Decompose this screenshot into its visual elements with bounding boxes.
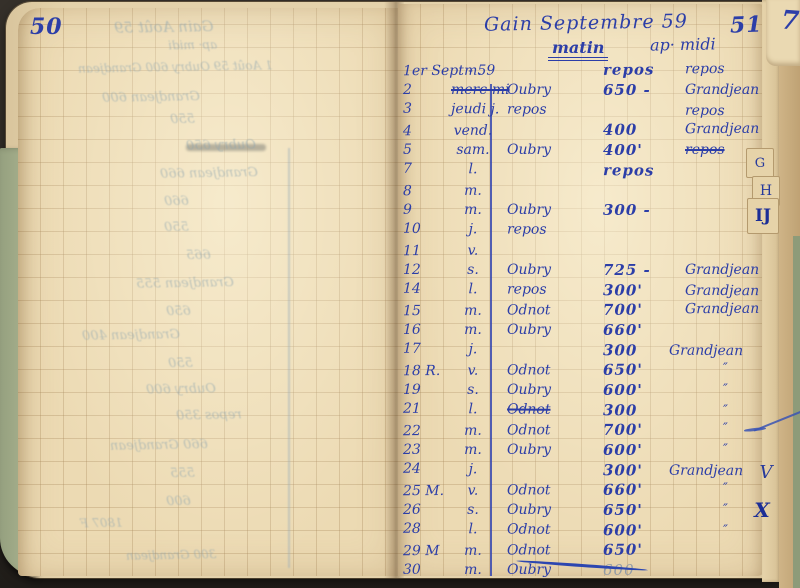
cell-amount-matin — [597, 179, 679, 200]
cell-name — [495, 159, 597, 180]
ledger-row: 21l.Odnot300″ — [398, 399, 764, 422]
cell-day: jeudi j. — [451, 99, 495, 119]
cell-amount-matin: 650' — [597, 539, 679, 560]
cell-amount-matin: 300 - — [597, 200, 679, 220]
cell-day: m. — [451, 301, 495, 321]
ledger-row: 15m.Odnot700'Grandjean — [398, 299, 764, 322]
cell-date: 11 — [398, 241, 451, 261]
cell-day: sam. — [451, 140, 495, 160]
cell-day: v. — [451, 361, 495, 381]
cell-date: 18 R. — [398, 361, 451, 381]
cell-date: 29 M — [398, 541, 451, 561]
cell-name: repos — [495, 99, 597, 120]
index-tab-x: X — [748, 492, 776, 528]
bleedthrough-line: Grandjean 600 — [102, 89, 200, 106]
notebook-photo: 50 Gain Août 59ap· midi1 Août 59 Oubry 6… — [0, 0, 800, 588]
ledger-row: 1er Sept - 59m.reposrepos — [398, 59, 764, 82]
cell-name: Oubry — [495, 140, 597, 160]
ledger-row: 3jeudi j.reposrepos — [398, 99, 764, 122]
cell-date: 30 — [398, 560, 451, 580]
cell-amount-matin: 600' — [597, 440, 679, 460]
cell-date: 17 — [398, 339, 451, 359]
bleedthrough-line: 1 Août 59 Oubry 600 Grandjean — [78, 58, 273, 75]
cell-amount-matin: 300 — [597, 400, 679, 421]
left-page: 50 Gain Août 59ap· midi1 Août 59 Oubry 6… — [18, 8, 398, 576]
cell-amount-matin: 660' — [597, 479, 679, 500]
cell-date: 26 — [398, 500, 451, 520]
cell-amount-matin: 650 - — [597, 80, 679, 100]
cell-name: Odnot — [495, 480, 597, 501]
cell-date: 21 — [398, 399, 451, 419]
cell-amount-matin: repos — [597, 160, 679, 181]
ledger-row: 17j.300Grandjean — [398, 339, 764, 362]
right-page-number: 51 — [730, 11, 764, 38]
cell-name: Odnot — [495, 399, 597, 420]
cell-name: Oubry — [495, 380, 597, 400]
cell-day: j. — [451, 459, 495, 479]
cell-name — [495, 240, 597, 261]
cell-name: Oubry — [495, 80, 597, 100]
cell-name: Odnot — [495, 300, 597, 321]
cell-name: Odnot — [495, 540, 597, 561]
cell-day: m. — [451, 421, 495, 441]
page-title: Gain Septembre 59 — [484, 10, 688, 36]
ledger-row: 14l.repos300'Grandjean — [398, 279, 764, 302]
cell-name: Odnot — [495, 519, 597, 540]
cell-amount-matin: 700' — [597, 299, 679, 320]
cell-day: v. — [451, 241, 495, 261]
cell-day: s. — [451, 380, 495, 400]
column-header-matin: matin — [548, 38, 608, 61]
cell-name: Oubry — [495, 440, 597, 460]
ledger-row: 22m.Odnot700'″ — [398, 419, 764, 442]
ledger-row: 11v. — [398, 239, 764, 262]
cell-day: s. — [451, 500, 495, 520]
cell-name: Oubry — [495, 500, 597, 520]
cell-date: 23 — [398, 440, 451, 460]
bleedthrough-rule — [288, 148, 290, 568]
cell-amount-matin: 650' — [597, 359, 679, 380]
bleedthrough-line: ap· midi — [168, 38, 217, 53]
cell-apres-midi: Grandjean — [679, 80, 764, 100]
cell-day: m. — [451, 560, 495, 580]
ledger-row: 23m.Oubry600'″ — [398, 440, 764, 460]
cell-name — [495, 120, 597, 141]
cell-amount-matin: 600' — [597, 380, 679, 400]
ledger-row: 26s.Oubry650'″ — [398, 500, 764, 520]
bleedthrough-line: Gain Août 59 — [114, 17, 214, 37]
cell-amount-matin: 400' — [597, 140, 679, 160]
cell-day: s. — [451, 260, 495, 280]
cell-name — [495, 180, 597, 201]
bleedthrough-line: 665 — [186, 248, 211, 263]
right-page: Gain Septembre 59 51 matin ap· midi 1er … — [398, 4, 764, 576]
cell-date: 25 M. — [398, 481, 451, 501]
cell-apres-midi: ″ — [679, 440, 764, 460]
ledger-row: 12s.Oubry725 -Grandjean — [398, 260, 764, 280]
cell-date: 8 — [398, 181, 451, 201]
cell-apres-midi: ″ — [679, 359, 764, 380]
cell-name: Oubry — [495, 320, 597, 340]
ledger-row: 2merc-miOubry650 -Grandjean — [398, 80, 764, 100]
cell-amount-matin: 400 — [597, 119, 679, 140]
cell-amount-matin — [597, 220, 679, 241]
ledger-row: 8m. — [398, 179, 764, 202]
cell-day: l. — [451, 519, 495, 539]
cell-date: 10 — [398, 219, 451, 239]
cell-date: 22 — [398, 421, 451, 441]
entries: 1er Sept - 59m.reposrepos2merc-miOubry65… — [398, 60, 764, 580]
ledger-row: 19s.Oubry600'″ — [398, 380, 764, 400]
ledger-row: 10j.repos — [398, 219, 764, 242]
cell-apres-midi: ″ — [679, 380, 764, 400]
ledger-row: 4vend.400Grandjean — [398, 119, 764, 142]
cell-apres-midi: Grandjean — [679, 299, 764, 320]
cell-date: 14 — [398, 279, 451, 299]
ledger-row: 29 Mm.Odnot650' — [398, 539, 764, 562]
cell-name — [495, 339, 597, 360]
ledger-row: 28l.Odnot600'″ — [398, 519, 764, 542]
bleedthrough-line: 600 — [166, 494, 191, 509]
cell-apres-midi — [679, 560, 764, 580]
bleedthrough-line: 550 — [164, 220, 189, 235]
cell-date: 28 — [398, 519, 451, 539]
column-header-apmidi: ap· midi — [650, 34, 716, 54]
cell-day: m. — [451, 440, 495, 460]
cell-apres-midi: repos — [679, 59, 764, 80]
cell-amount-matin: 660' — [597, 320, 679, 340]
cell-day: merc-mi — [451, 80, 495, 100]
bleedthrough-line: 550 — [168, 356, 193, 371]
bleedthrough-line: Grandjean 660 — [160, 165, 258, 182]
bleedthrough-line: 555 — [170, 466, 195, 481]
cell-apres-midi — [679, 320, 764, 340]
ledger-row: 16m.Oubry660' — [398, 320, 764, 340]
cell-name: repos — [495, 279, 597, 300]
ledger-row: 7l.repos — [398, 159, 764, 182]
bleedthrough-line: Grandjean 400 — [82, 327, 180, 344]
cell-date: 1er Sept - 59 — [398, 61, 451, 81]
bleedthrough-line: Oubry 600 — [146, 381, 216, 397]
ledger-row: 18 R.v.Odnot650'″ — [398, 359, 764, 382]
left-page-number: 50 — [30, 14, 63, 40]
index-tab-ij: IJ — [747, 198, 779, 234]
cell-amount-matin: 300' — [597, 280, 679, 301]
cell-date: 7 — [398, 159, 451, 179]
cell-amount-matin: 650' — [597, 500, 679, 520]
ledger-row: 5sam.Oubry400'repos — [398, 140, 764, 160]
bleedthrough-line: 1807 F — [80, 516, 123, 531]
cell-day: m. — [451, 541, 495, 561]
cell-name: repos — [495, 219, 597, 240]
cell-date: 3 — [398, 99, 451, 119]
cell-name — [495, 60, 597, 81]
bleedthrough-line: 650 — [166, 304, 191, 319]
cell-day: m. — [451, 320, 495, 340]
cell-date: 19 — [398, 380, 451, 400]
cell-date: 24 — [398, 459, 451, 479]
cell-day: v. — [451, 481, 495, 501]
cell-name: Oubry — [495, 200, 597, 220]
index-tab-v: V — [753, 456, 779, 488]
bleedthrough-line: Grandjean 555 — [136, 275, 234, 292]
cell-day: vend. — [451, 121, 495, 141]
bleedthrough-line: repos 350 — [176, 407, 242, 423]
cell-date: 12 — [398, 260, 451, 280]
cell-date: 9 — [398, 200, 451, 220]
cell-date: 15 — [398, 301, 451, 321]
cell-name — [495, 459, 597, 480]
cell-day: j. — [451, 339, 495, 359]
cell-date: 2 — [398, 80, 451, 100]
cell-amount-matin — [597, 239, 679, 260]
ledger-row: 9m.Oubry300 - — [398, 200, 764, 220]
cell-apres-midi — [679, 539, 764, 560]
bleedthrough-line: 660 Grandjean — [110, 437, 208, 454]
cell-date: 4 — [398, 121, 451, 141]
cell-apres-midi: Grandjean — [679, 260, 764, 280]
cell-name: Odnot — [495, 360, 597, 381]
cell-date: 5 — [398, 140, 451, 160]
bleedthrough-line: 300 Grandjean — [126, 547, 217, 563]
cell-amount-matin: repos — [597, 59, 679, 80]
cell-amount-matin: 700' — [597, 419, 679, 440]
index-tab-g: G — [746, 148, 774, 178]
cell-name: Oubry — [495, 260, 597, 280]
cell-day: j. — [451, 219, 495, 239]
cell-amount-matin — [597, 100, 679, 121]
under-page-number: 7 — [780, 5, 800, 36]
cell-day: m. — [451, 200, 495, 220]
cell-amount-matin: 600' — [597, 520, 679, 541]
cell-day: l. — [451, 159, 495, 179]
cell-day: l. — [451, 279, 495, 299]
ledger-row: 24j.300'Grandjean — [398, 459, 764, 482]
cell-apres-midi — [679, 239, 764, 260]
cell-name: Odnot — [495, 420, 597, 441]
cell-apres-midi: Grandjean — [679, 119, 764, 140]
bleedthrough-line: 660 — [164, 194, 189, 209]
cell-day: m. — [451, 181, 495, 201]
cell-date: 16 — [398, 320, 451, 340]
bleedthrough-line: Oubry 650 — [186, 137, 256, 153]
cell-day: l. — [451, 399, 495, 419]
ledger-row: 25 M.v.Odnot660'″ — [398, 479, 764, 502]
cell-amount-matin: 725 - — [597, 260, 679, 280]
bleedthrough-line: 550 — [170, 112, 195, 127]
